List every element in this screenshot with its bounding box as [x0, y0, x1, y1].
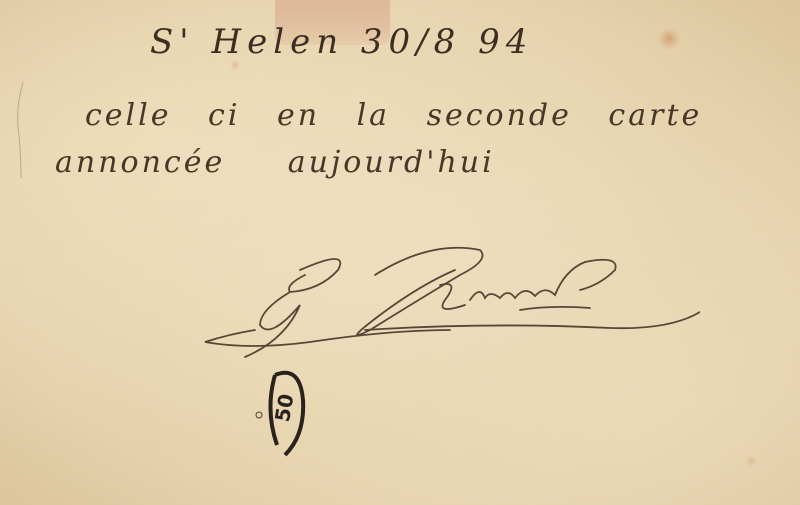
postmark-stamp: 50 — [255, 360, 315, 460]
margin-pencil-mark — [13, 80, 27, 180]
message-line-1: celle ci en la seconde carte — [85, 98, 702, 133]
date-line: S' Helen 30/8 94 — [150, 22, 533, 62]
postmark-digits: 50 — [270, 392, 298, 424]
postcard: S' Helen 30/8 94 celle ci en la seconde … — [0, 0, 800, 505]
foxing-spot — [658, 28, 680, 50]
message-line-2: annoncée aujourd'hui — [55, 145, 495, 180]
foxing-spot — [745, 455, 757, 467]
signature — [190, 230, 700, 360]
